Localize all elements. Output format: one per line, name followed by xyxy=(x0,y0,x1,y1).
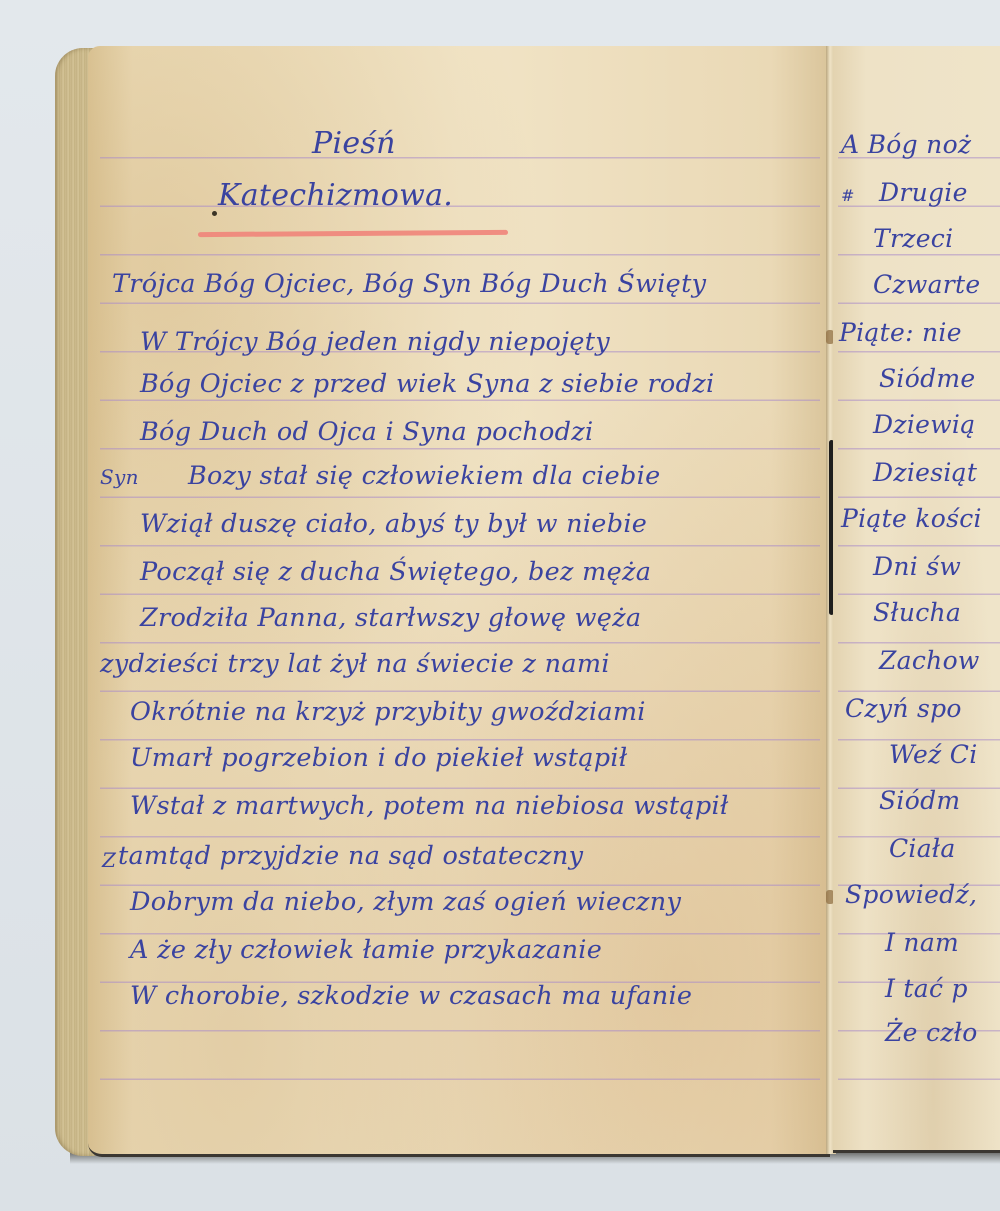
right-page-line: Czwarte xyxy=(873,270,981,299)
scanned-notebook: Pieśń Katechizmowa. Trójca Bóg Ojciec, B… xyxy=(0,0,1000,1211)
verse-line: tamtąd przyjdzie na sąd ostateczny xyxy=(118,844,583,870)
right-page-line: Zachow xyxy=(879,646,980,675)
verse-line: A że zły człowiek łamie przykazanie xyxy=(130,938,602,964)
verse-line: Wstał z martwych, potem na niebiosa wstą… xyxy=(130,794,729,820)
verse-line: Począł się z ducha Świętego, bez męża xyxy=(140,560,651,586)
right-page-line: Czyń spo xyxy=(845,694,962,723)
page-title: Pieśń xyxy=(312,126,396,161)
verse-line: W Trójcy Bóg jeden nigdy niepojęty xyxy=(140,330,610,356)
verse-line: Trójca Bóg Ojciec, Bóg Syn Bóg Duch Świę… xyxy=(112,272,706,298)
right-page-line: Słucha xyxy=(873,598,961,627)
right-page-line: Spowiedź, xyxy=(845,880,977,909)
verse-line: W chorobie, szkodzie w czasach ma ufanie xyxy=(130,984,692,1010)
verse-line: Bóg Ojciec z przed wiek Syna z siebie ro… xyxy=(140,372,714,398)
right-page-line: I tać p xyxy=(885,974,968,1003)
margin-mark: # xyxy=(841,186,855,205)
verse-line: Wziął duszę ciało, abyś ty był w niebie xyxy=(140,512,647,538)
right-page-line: A Bóg noż xyxy=(841,130,971,159)
verse-line: Dobrym da niebo, złym zaś ogień wieczny xyxy=(130,890,681,916)
verse-line: Bóg Duch od Ojca i Syna pochodzi xyxy=(140,420,594,446)
verse-line: Bozy stał się człowiekiem dla ciebie xyxy=(188,464,660,490)
right-page-line: Siódm xyxy=(879,786,960,815)
right-page-line: Siódme xyxy=(879,364,975,393)
verse-line: zydzieści trzy lat żył na świecie z nami xyxy=(100,652,610,678)
right-page-text-area: A Bóg noż # Drugie Trzeci Czwarte Piąte:… xyxy=(833,46,1000,1150)
right-page-line: I nam xyxy=(885,928,959,957)
right-page-line: Trzeci xyxy=(873,224,953,253)
right-page-line: Dziewią xyxy=(873,410,975,439)
verse-line: Umarł pogrzebion i do piekieł wstąpił xyxy=(130,746,627,772)
page-subtitle: Katechizmowa. xyxy=(218,178,453,213)
margin-note: Z xyxy=(102,848,116,872)
right-page-line: Dni św xyxy=(873,552,961,581)
right-page-line: Że czło xyxy=(885,1018,978,1047)
right-page-line: Drugie xyxy=(879,178,968,207)
right-page-line: Ciała xyxy=(889,834,956,863)
right-page-line: Piąte: nie xyxy=(839,318,962,347)
verse-line: Zrodziła Panna, starłwszy głowę węża xyxy=(140,606,641,632)
ink-dot xyxy=(212,211,217,216)
right-page-line: Weź Ci xyxy=(889,740,978,769)
right-page-line: Piąte kości xyxy=(841,504,982,533)
verse-line: Okrótnie na krzyż przybity gwoździami xyxy=(130,700,646,726)
margin-note: Syn xyxy=(100,465,139,489)
right-page-line: Dziesiąt xyxy=(873,458,977,487)
